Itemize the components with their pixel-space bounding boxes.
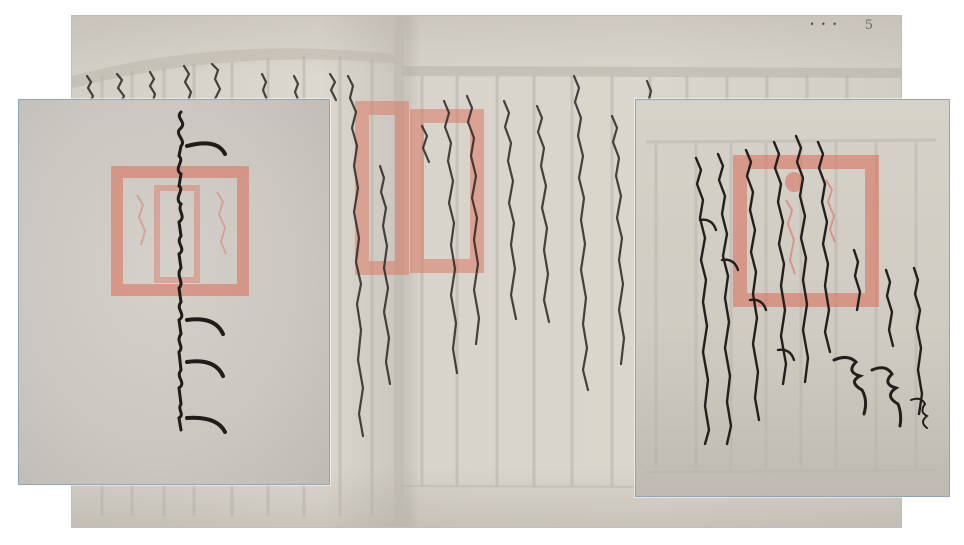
red-seal-icon xyxy=(740,162,872,300)
right-inset-artwork xyxy=(636,100,950,497)
right-inset-panel xyxy=(635,99,950,497)
left-inset-artwork xyxy=(19,100,330,485)
left-inset-panel xyxy=(18,99,330,485)
